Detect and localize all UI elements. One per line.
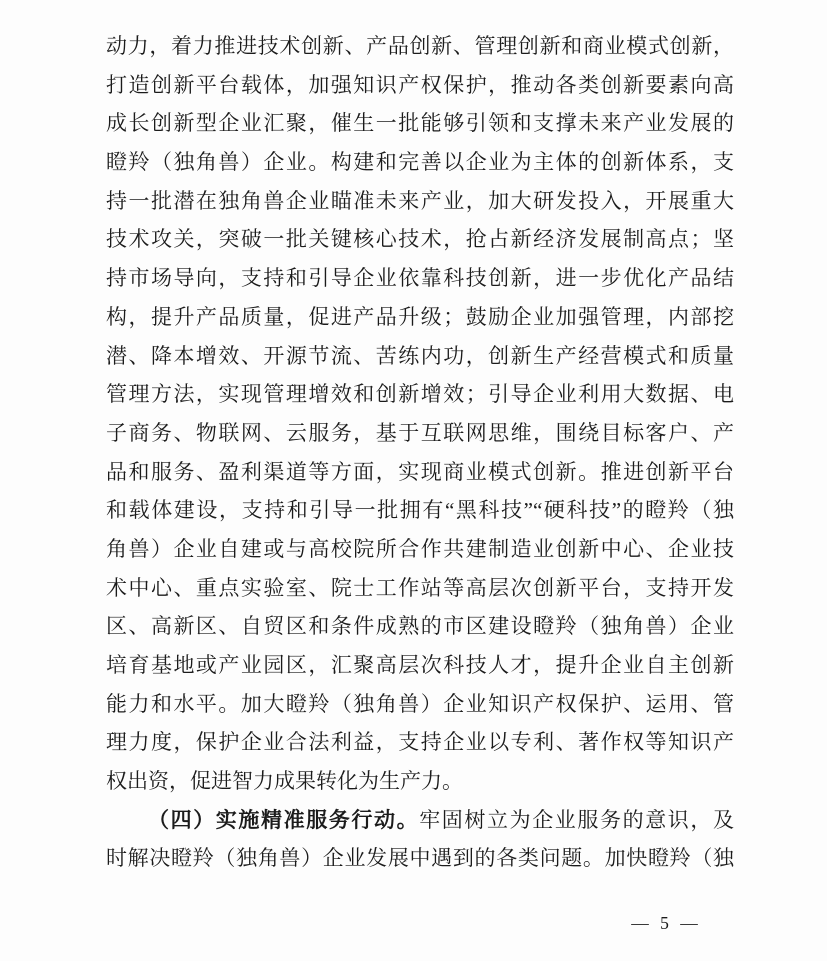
- body-text: 理力度，保护企业合法利益，支持企业以专利、著作权等知识产: [106, 730, 734, 754]
- document-line: 能力和水平。加大瞪羚（独角兽）企业知识产权保护、运用、管: [106, 685, 734, 724]
- document-line: 技术攻关，突破一批关键核心技术，抢占新经济发展制高点；坚: [106, 220, 734, 259]
- body-text: 打造创新平台载体，加强知识产权保护，推动各类创新要素向高: [106, 73, 734, 97]
- body-text: 成长创新型企业汇聚，催生一批能够引领和支撑未来产业发展的: [106, 111, 734, 135]
- document-line: 理力度，保护企业合法利益，支持企业以专利、著作权等知识产: [106, 723, 734, 762]
- page-number: — 5 —: [617, 913, 713, 934]
- document-line: 品和服务、盈利渠道等方面，实现商业模式创新。推进创新平台: [106, 453, 734, 492]
- document-line: 成长创新型企业汇聚，催生一批能够引领和支撑未来产业发展的: [106, 104, 734, 143]
- body-text: 品和服务、盈利渠道等方面，实现商业模式创新。推进创新平台: [106, 460, 734, 484]
- document-line: 持一批潜在独角兽企业瞄准未来产业，加大研发投入，开展重大: [106, 182, 734, 221]
- body-text: 技术攻关，突破一批关键核心技术，抢占新经济发展制高点；坚: [106, 227, 734, 251]
- document-line: 子商务、物联网、云服务，基于互联网思维，围绕目标客户、产: [106, 414, 734, 453]
- body-text: 能力和水平。加大瞪羚（独角兽）企业知识产权保护、运用、管: [106, 692, 734, 716]
- document-body: 动力，着力推进技术创新、产品创新、管理创新和商业模式创新，打造创新平台载体，加强…: [106, 27, 734, 878]
- document-line: 管理方法，实现管理增效和创新增效；引导企业利用大数据、电: [106, 375, 734, 414]
- document-line: 培育基地或产业园区，汇聚高层次科技人才，提升企业自主创新: [106, 646, 734, 685]
- body-text: 术中心、重点实验室、院士工作站等高层次创新平台，支持开发: [106, 576, 734, 600]
- body-text: 和载体建设，支持和引导一批拥有“黑科技”“硬科技”的瞪羚（独: [106, 498, 734, 522]
- document-line: 角兽）企业自建或与高校院所合作共建制造业创新中心、企业技: [106, 530, 734, 569]
- body-text: 区、高新区、自贸区和条件成熟的市区建设瞪羚（独角兽）企业: [106, 614, 734, 638]
- body-text: 角兽）企业自建或与高校院所合作共建制造业创新中心、企业技: [106, 537, 734, 561]
- body-text: 培育基地或产业园区，汇聚高层次科技人才，提升企业自主创新: [106, 653, 734, 677]
- body-text: 子商务、物联网、云服务，基于互联网思维，围绕目标客户、产: [106, 421, 734, 445]
- body-text: 构，提升产品质量，促进产品升级；鼓励企业加强管理，内部挖: [106, 305, 734, 329]
- body-text: 瞪羚（独角兽）企业。构建和完善以企业为主体的创新体系，支: [106, 150, 734, 174]
- document-line: 构，提升产品质量，促进产品升级；鼓励企业加强管理，内部挖: [106, 298, 734, 337]
- body-text: 管理方法，实现管理增效和创新增效；引导企业利用大数据、电: [106, 382, 734, 406]
- document-line: 时解决瞪羚（独角兽）企业发展中遇到的各类问题。加快瞪羚（独: [106, 839, 734, 878]
- body-text: 时解决瞪羚（独角兽）企业发展中遇到的各类问题。加快瞪羚（独: [106, 846, 734, 870]
- document-page: 动力，着力推进技术创新、产品创新、管理创新和商业模式创新，打造创新平台载体，加强…: [0, 0, 827, 961]
- body-text: 牢固树立为企业服务的意识，及: [419, 808, 734, 832]
- body-text: 持市场导向，支持和引导企业依靠科技创新，进一步优化产品结: [106, 266, 734, 290]
- document-line: 术中心、重点实验室、院士工作站等高层次创新平台，支持开发: [106, 569, 734, 608]
- body-text: 潜、降本增效、开源节流、苦练内功，创新生产经营模式和质量: [106, 344, 734, 368]
- document-line: 动力，着力推进技术创新、产品创新、管理创新和商业模式创新，: [106, 27, 734, 66]
- document-line: 持市场导向，支持和引导企业依靠科技创新，进一步优化产品结: [106, 259, 734, 298]
- body-text: 权出资，促进智力成果转化为生产力。: [106, 769, 463, 793]
- document-line: 潜、降本增效、开源节流、苦练内功，创新生产经营模式和质量: [106, 337, 734, 376]
- document-line: 打造创新平台载体，加强知识产权保护，推动各类创新要素向高: [106, 66, 734, 105]
- document-line: （四）实施精准服务行动。牢固树立为企业服务的意识，及: [106, 801, 734, 840]
- document-line: 和载体建设，支持和引导一批拥有“黑科技”“硬科技”的瞪羚（独: [106, 491, 734, 530]
- body-text: 动力，着力推进技术创新、产品创新、管理创新和商业模式创新，: [106, 34, 734, 58]
- document-line: 瞪羚（独角兽）企业。构建和完善以企业为主体的创新体系，支: [106, 143, 734, 182]
- section-heading: （四）实施精准服务行动。: [148, 808, 419, 832]
- body-text: 持一批潜在独角兽企业瞄准未来产业，加大研发投入，开展重大: [106, 189, 734, 213]
- document-line: 权出资，促进智力成果转化为生产力。: [106, 762, 734, 801]
- document-line: 区、高新区、自贸区和条件成熟的市区建设瞪羚（独角兽）企业: [106, 607, 734, 646]
